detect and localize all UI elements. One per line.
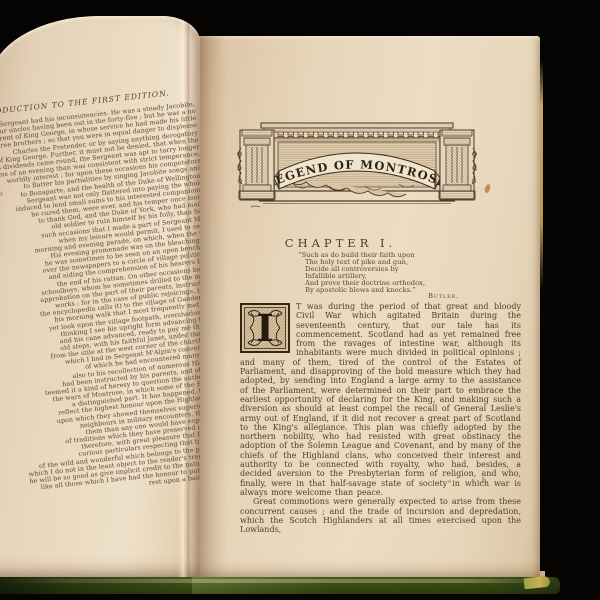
engraver-mark [251, 206, 260, 207]
paragraph-2-text: Great commotions were generally expected… [240, 497, 521, 534]
chapter-text: I T was during the period of that great … [240, 302, 521, 534]
left-page-curled: INTRODUCTION TO THE FIRST EDITION. the S… [0, 16, 200, 577]
drop-cap-woodcut: I [240, 303, 290, 353]
epigraph-line: By apostolic blows and knocks.” [305, 287, 425, 294]
epigraph: “Such as do build their faith uponThe ho… [298, 252, 425, 293]
right-page: LEGEND OF MONTROSE CHAPTER I. “Such as d… [193, 36, 540, 577]
cover-highlight [0, 579, 552, 583]
fore-edge-pages [540, 60, 543, 290]
signature-mark: I [477, 477, 489, 485]
left-page-text: INTRODUCTION TO THE FIRST EDITION. the S… [0, 86, 200, 512]
drop-cap-initial: I [240, 303, 290, 353]
opening-paragraph: I T was during the period of that great … [240, 302, 521, 497]
epigraph-attribution: Butler. [428, 292, 459, 300]
headpiece-engraving: LEGEND OF MONTROSE [237, 118, 477, 214]
chapter-heading: CHAPTER I. [200, 236, 481, 250]
photo-of-open-book: LEGEND OF MONTROSE CHAPTER I. “Such as d… [0, 0, 600, 600]
foxing-spot [484, 184, 491, 194]
left-page-lines: the Sergeant had his inconsistencies. He… [0, 101, 200, 512]
book-cover-green-cloth [0, 577, 560, 594]
drop-cap-letter: I [256, 306, 273, 350]
